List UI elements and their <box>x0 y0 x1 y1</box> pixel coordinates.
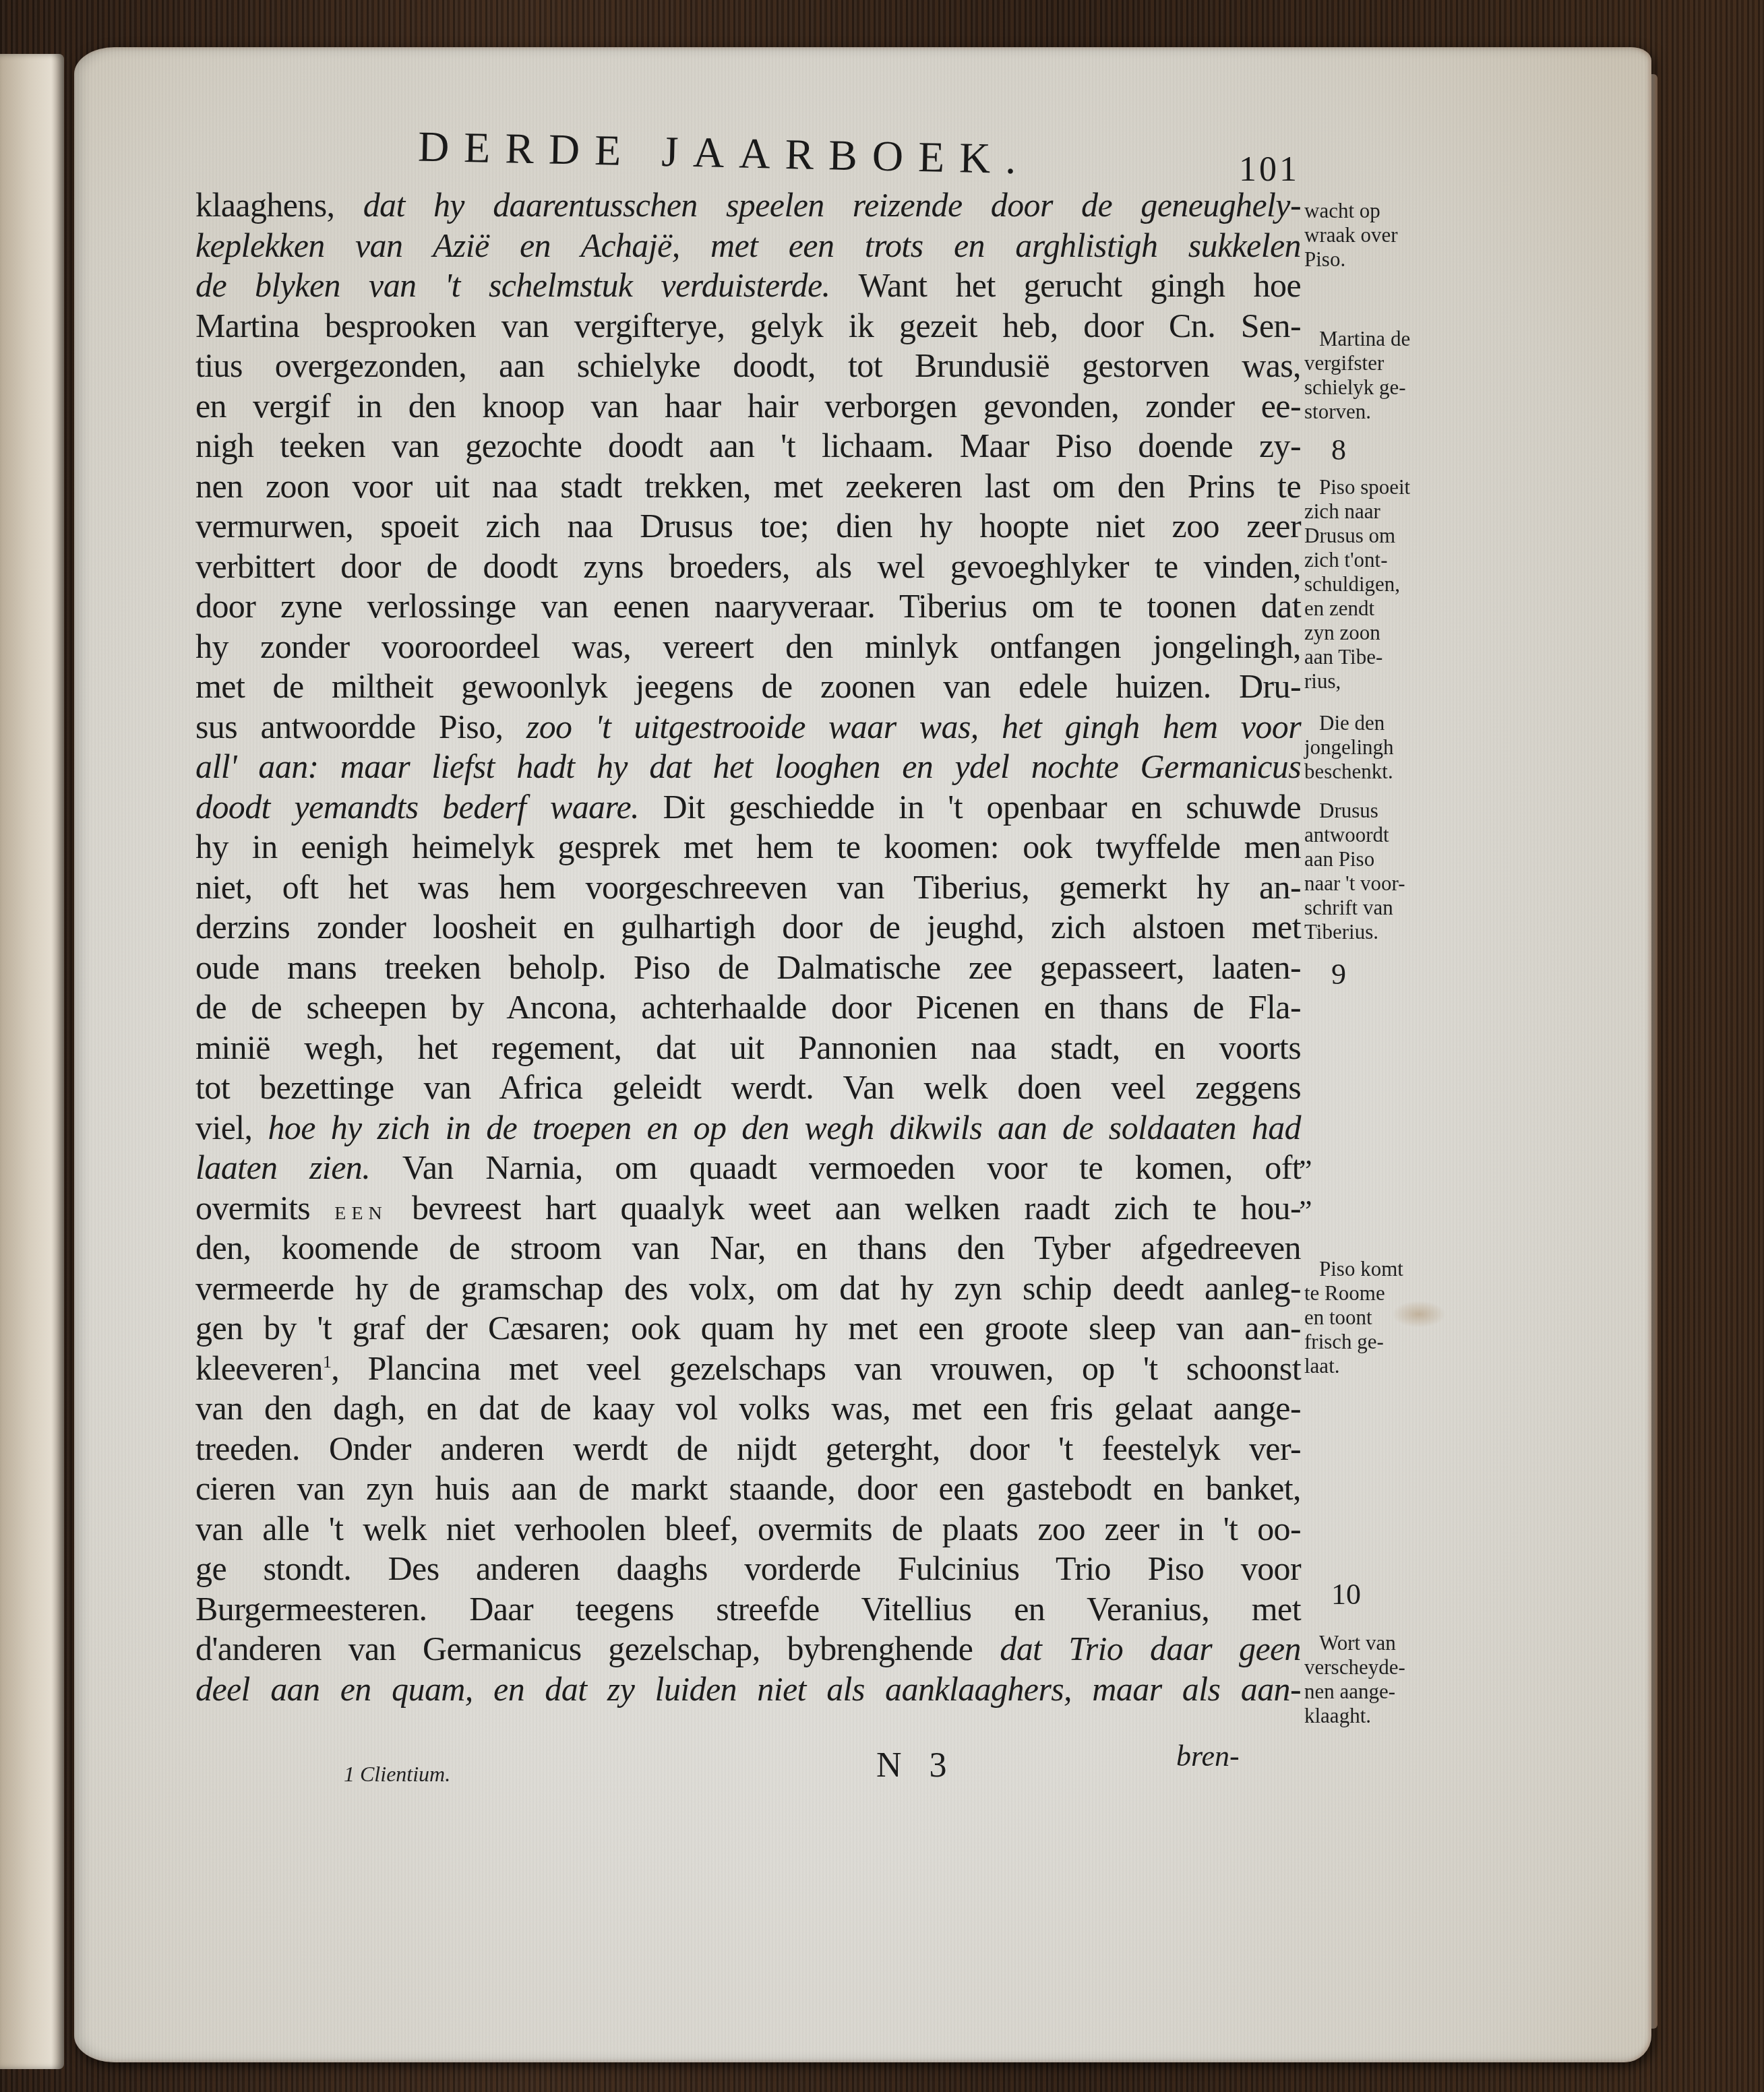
margin-note-line: frisch ge- <box>1304 1330 1446 1354</box>
margin-note-line: nen aange- <box>1304 1680 1446 1704</box>
page-number: 101 <box>1239 150 1300 189</box>
margin-note-line: antwoordt <box>1304 823 1446 847</box>
text-span: tot bezettinge van Africa geleidt werdt.… <box>195 1068 1301 1106</box>
margin-note-line: verscheyde- <box>1304 1655 1446 1680</box>
text-line: laaten zien. Van Narnia, om quaadt vermo… <box>195 1148 1301 1188</box>
text-line: derzins zonder loosheit en gulhartigh do… <box>195 907 1301 948</box>
italic-quote-span: dat hy daarentusschen speelen reizende d… <box>363 186 1301 224</box>
text-line: van alle 't welk niet verhoolen bleef, o… <box>195 1509 1301 1549</box>
main-text-column: klaaghens, dat hy daarentusschen speelen… <box>195 185 1301 1709</box>
margin-note: Piso spoeitzich naarDrusus omzich t'ont-… <box>1304 475 1446 694</box>
text-span: hy in eenigh heimelyk gesprek met hem te… <box>195 828 1301 865</box>
text-line: keplekken van Azië en Achajë, met een tr… <box>195 226 1301 266</box>
margin-note-line: schielyk ge- <box>1304 375 1446 400</box>
text-span: Van Narnia, om quaadt vermoeden voor te … <box>402 1148 1301 1186</box>
section-number: 9 <box>1331 962 1346 987</box>
text-span: d'anderen van Germanicus gezelschap, byb… <box>195 1630 1000 1667</box>
text-line: sus antwoordde Piso, zoo 't uitgestrooid… <box>195 707 1301 747</box>
margin-note-line: zich naar <box>1304 499 1446 524</box>
margin-note: Wort vanverscheyde-nen aange-klaaght. <box>1304 1631 1446 1728</box>
text-span: door zyne verlossinge van eenen naaryver… <box>195 587 1301 625</box>
text-span: niet, oft het was hem voorgeschreeven va… <box>195 868 1301 906</box>
text-line: viel, hoe hy zich in de troepen en op de… <box>195 1108 1301 1148</box>
text-line: tot bezettinge van Africa geleidt werdt.… <box>195 1068 1301 1108</box>
italic-quote-span: hoe hy zich in de troepen en op den wegh… <box>268 1109 1301 1146</box>
text-span: tius overgezonden, aan schielyke doodt, … <box>195 346 1301 384</box>
margin-note-line: wacht op <box>1304 199 1446 223</box>
margin-note: wacht opwraak overPiso. <box>1304 199 1446 272</box>
text-line: en vergif in den knoop van haar hair ver… <box>195 386 1301 427</box>
margin-note-line: Wort van <box>1304 1631 1446 1655</box>
margin-note: Die denjongelinghbeschenkt. <box>1304 711 1446 784</box>
italic-quote-span: zoo 't uitgestrooide waar was, het gingh… <box>526 708 1301 745</box>
text-span: Burgermeesteren. Daar teegens streefde V… <box>195 1590 1301 1628</box>
italic-quote-span: de blyken van 't schelmstuk verduisterde… <box>195 266 858 304</box>
text-line: doodt yemandts bederf waare. Dit geschie… <box>195 787 1301 828</box>
margin-note-line: naar 't voor- <box>1304 871 1446 896</box>
text-line: hy zonder vooroordeel was, vereert den m… <box>195 627 1301 667</box>
text-span: verbittert door de doodt zyns broeders, … <box>195 547 1301 585</box>
text-line: Martina besprooken van vergifterye, gely… <box>195 306 1301 346</box>
text-line: ge stondt. Des anderen daaghs vorderde F… <box>195 1549 1301 1589</box>
text-line: treeden. Onder anderen werdt de nijdt ge… <box>195 1429 1301 1469</box>
text-line: nen zoon voor uit naa stadt trekken, met… <box>195 466 1301 507</box>
text-span: viel, <box>195 1109 268 1146</box>
italic-quote-span: all' aan: maar liefst hadt hy dat het lo… <box>195 747 1301 785</box>
text-span: Martina besprooken van vergifterye, gely… <box>195 307 1301 344</box>
signature-mark: N 3 <box>876 1746 956 1785</box>
text-span: van den dagh, en dat de kaay vol volks w… <box>195 1389 1301 1427</box>
margin-note-line: schuldigen, <box>1304 572 1446 596</box>
text-line: all' aan: maar liefst hadt hy dat het lo… <box>195 747 1301 787</box>
text-line: hy in eenigh heimelyk gesprek met hem te… <box>195 827 1301 867</box>
margin-note-line: Piso spoeit <box>1304 475 1446 499</box>
quotation-mark: „ <box>1299 1183 1312 1207</box>
text-span: vermeerde hy de gramschap des volx, om d… <box>195 1269 1301 1307</box>
text-line: tius overgezonden, aan schielyke doodt, … <box>195 346 1301 386</box>
text-line: gen by 't graf der Cæsaren; ook quam hy … <box>195 1308 1301 1349</box>
quotation-mark: „ <box>1299 1142 1312 1167</box>
margin-note-line: jongelingh <box>1304 735 1446 760</box>
text-line: de de scheepen by Ancona, achterhaalde d… <box>195 987 1301 1028</box>
text-span: Dit geschiedde in 't openbaar en schuwde <box>663 788 1301 826</box>
section-number: 8 <box>1331 438 1346 462</box>
text-span: treeden. Onder anderen werdt de nijdt ge… <box>195 1429 1301 1467</box>
margin-note-line: Piso. <box>1304 247 1446 272</box>
text-span: derzins zonder loosheit en gulhartigh do… <box>195 908 1301 946</box>
text-span: Want het gerucht gingh hoe <box>858 266 1301 304</box>
margin-note-line: aan Tibe- <box>1304 645 1446 669</box>
text-line: d'anderen van Germanicus gezelschap, byb… <box>195 1629 1301 1669</box>
text-line: door zyne verlossinge van eenen naaryver… <box>195 586 1301 627</box>
footnote-marker: 1 <box>323 1352 331 1372</box>
margin-note-line: storven. <box>1304 400 1446 424</box>
text-line: oude mans treeken beholp. Piso de Dalmat… <box>195 948 1301 988</box>
text-span: gen by 't graf der Cæsaren; ook quam hy … <box>195 1309 1301 1347</box>
section-number: 10 <box>1331 1582 1361 1607</box>
margin-note-line: Drusus <box>1304 799 1446 823</box>
text-span: de de scheepen by Ancona, achterhaalde d… <box>195 988 1301 1026</box>
text-line: overmits een bevreest hart quaalyk weet … <box>195 1188 1301 1229</box>
text-span: kleeveren <box>195 1349 323 1387</box>
text-span: ge stondt. Des anderen daaghs vorderde F… <box>195 1549 1301 1587</box>
margin-note-line: Tiberius. <box>1304 920 1446 944</box>
text-span: nen zoon voor uit naa stadt trekken, met… <box>195 467 1301 505</box>
text-line: met de miltheit gewoonlyk jeegens de zoo… <box>195 667 1301 707</box>
text-span: hy zonder vooroordeel was, vereert den m… <box>195 627 1301 665</box>
margin-note: Martina devergifsterschielyk ge-storven. <box>1304 327 1446 424</box>
margin-note-line: beschenkt. <box>1304 760 1446 784</box>
margin-note: Drususantwoordtaan Pisonaar 't voor-schr… <box>1304 799 1446 944</box>
text-span: van alle 't welk niet verhoolen bleef, o… <box>195 1510 1301 1547</box>
text-span: bevreest hart quaalyk weet aan welken ra… <box>388 1189 1301 1227</box>
text-span: oude mans treeken beholp. Piso de Dalmat… <box>195 948 1301 986</box>
margin-note-line: Die den <box>1304 711 1446 735</box>
text-line: Burgermeesteren. Daar teegens streefde V… <box>195 1589 1301 1630</box>
text-line: verbittert door de doodt zyns broeders, … <box>195 547 1301 587</box>
text-line: nigh teeken van gezochte doodt aan 't li… <box>195 426 1301 466</box>
margin-note-line: Piso komt <box>1304 1257 1446 1281</box>
margin-note-line: rius, <box>1304 669 1446 694</box>
italic-quote-span: doodt yemandts bederf waare. <box>195 788 663 826</box>
margin-note-line: klaaght. <box>1304 1704 1446 1728</box>
text-span: cieren van zyn huis aan de markt staande… <box>195 1469 1301 1507</box>
margin-note-line: vergifster <box>1304 351 1446 375</box>
text-line: cieren van zyn huis aan de markt staande… <box>195 1469 1301 1509</box>
margin-note-line: Martina de <box>1304 327 1446 351</box>
margin-note-line: zich t'ont- <box>1304 548 1446 572</box>
italic-quote-span: laaten zien. <box>195 1148 402 1186</box>
text-line: deel aan en quam, en dat zy luiden niet … <box>195 1669 1301 1710</box>
margin-note-line: laat. <box>1304 1354 1446 1378</box>
text-line: vermeerde hy de gramschap des volx, om d… <box>195 1268 1301 1309</box>
footnote: 1 Clientium. <box>344 1762 450 1787</box>
text-line: minië wegh, het regement, dat uit Pannon… <box>195 1028 1301 1068</box>
text-span: vermurwen, spoeit zich naa Drusus toe; d… <box>195 507 1301 545</box>
text-span: en vergif in den knoop van haar hair ver… <box>195 387 1301 425</box>
text-line: van den dagh, en dat de kaay vol volks w… <box>195 1388 1301 1429</box>
text-span: den, koomende de stroom van Nar, en than… <box>195 1229 1301 1266</box>
text-line: den, koomende de stroom van Nar, en than… <box>195 1228 1301 1268</box>
text-span: sus antwoordde Piso, <box>195 708 526 745</box>
margin-note-line: en zendt <box>1304 596 1446 621</box>
text-line: niet, oft het was hem voorgeschreeven va… <box>195 867 1301 908</box>
text-span: een <box>334 1195 387 1225</box>
catchword: bren- <box>1176 1739 1240 1773</box>
text-line: kleeveren1, Plancina met veel gezelschap… <box>195 1349 1301 1389</box>
text-span: nigh teeken van gezochte doodt aan 't li… <box>195 427 1301 464</box>
text-span: minië wegh, het regement, dat uit Pannon… <box>195 1028 1301 1066</box>
text-span: klaaghens, <box>195 186 363 224</box>
text-line: de blyken van 't schelmstuk verduisterde… <box>195 266 1301 306</box>
text-span: , Plancina met veel gezelschaps van vrou… <box>331 1349 1301 1387</box>
text-line: klaaghens, dat hy daarentusschen speelen… <box>195 185 1301 226</box>
margin-note-line: wraak over <box>1304 223 1446 247</box>
text-line: vermurwen, spoeit zich naa Drusus toe; d… <box>195 506 1301 547</box>
paper-stain <box>1392 1301 1446 1328</box>
facing-page-edge <box>0 54 64 2069</box>
text-span: overmits <box>195 1189 334 1227</box>
margin-note-line: aan Piso <box>1304 847 1446 871</box>
italic-quote-span: dat Trio daar geen <box>1000 1630 1301 1667</box>
margin-note-line: zyn zoon <box>1304 621 1446 645</box>
margin-note-line: schrift van <box>1304 896 1446 920</box>
text-span: met de miltheit gewoonlyk jeegens de zoo… <box>195 667 1301 705</box>
italic-quote-span: deel aan en quam, en dat zy luiden niet … <box>195 1670 1301 1708</box>
margin-note-line: Drusus om <box>1304 524 1446 548</box>
italic-quote-span: keplekken van Azië en Achajë, met een tr… <box>195 226 1301 264</box>
